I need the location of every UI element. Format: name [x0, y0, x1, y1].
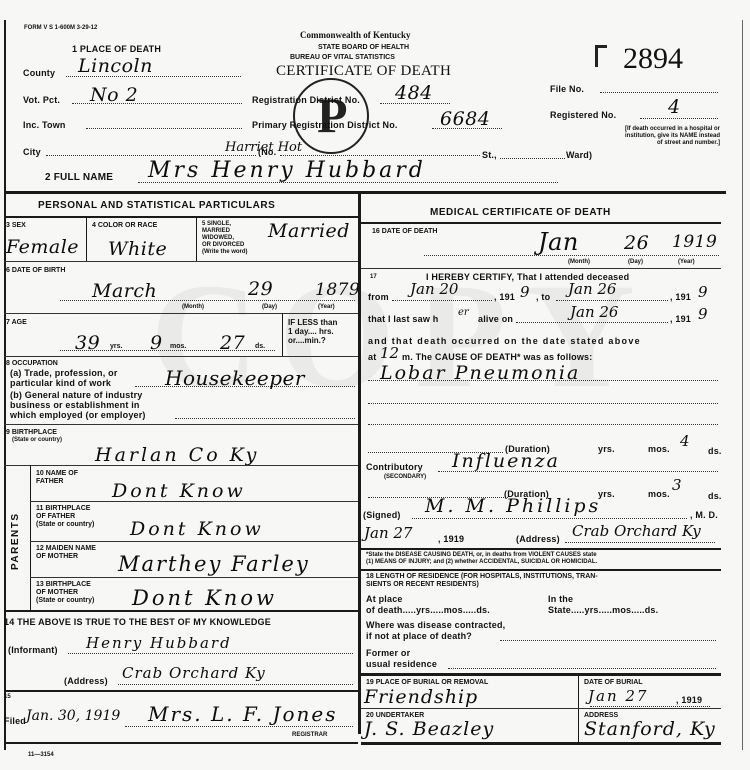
footnote-rule: [361, 548, 721, 550]
personal-section-title: PERSONAL AND STATISTICAL PARTICULARS: [38, 200, 275, 211]
file-number: 2894: [623, 42, 683, 76]
registrar-caption: REGISTRAR: [292, 732, 327, 739]
filed-value: Jan. 30, 1919: [26, 708, 120, 724]
row-rule-8: [30, 577, 358, 578]
place-of-death-label: 1 PLACE OF DEATH: [72, 44, 161, 54]
dob-month: March: [92, 280, 157, 302]
father-name-label: 10 NAME OF FATHER: [36, 470, 78, 486]
death-certificate: COPY FORM V S 1-600M 3-29-12 Commonwealt…: [0, 0, 750, 770]
file-no-label: File No.: [550, 84, 584, 94]
from-label: from: [368, 292, 389, 302]
duration2-ds: ds.: [708, 491, 722, 501]
personal-title-rule: [4, 216, 358, 218]
full-name-value: Mrs Henry Hubbard: [148, 158, 426, 183]
signed-address-label: (Address): [516, 534, 560, 544]
separator-top: [4, 191, 726, 194]
file-corner-mark: [595, 45, 607, 67]
registration-district-value: 484: [395, 82, 433, 104]
secondary-caption: (SECONDARY): [384, 474, 426, 481]
birthplace-value: Harlan Co Ky: [95, 444, 259, 466]
full-name-label: 2 FULL NAME: [45, 172, 113, 183]
dod-day: 26: [624, 232, 649, 254]
age-label: 7 AGE: [6, 319, 27, 327]
mother-birthplace-value: Dont Know: [132, 586, 277, 610]
signed-label: (Signed): [363, 510, 401, 520]
age-ds-caption: ds.: [255, 343, 265, 351]
informant-line: [68, 653, 353, 654]
duration1-mos: mos.: [648, 444, 670, 454]
age-yrs-caption: yrs.: [110, 343, 122, 351]
row-rule-5: [4, 465, 358, 466]
signed-year: , 1919: [438, 534, 464, 544]
race-divider: [196, 216, 197, 261]
occupation-b-line: [175, 418, 355, 419]
informant-value: Henry Hubbard: [86, 634, 232, 652]
primary-registration-label: Primary Registration District No.: [252, 120, 398, 130]
primary-registration-value: 6684: [440, 108, 490, 130]
registration-district-label: Registration District No.: [252, 95, 360, 105]
contracted-label: Where was disease contracted, if not at …: [366, 620, 505, 642]
form-code: FORM V S 1-600M 3-29-12: [24, 25, 97, 32]
cause-text: m. The CAUSE OF DEATH* was as follows:: [402, 352, 592, 362]
in-state-label: In the State.....yrs.....mos.....ds.: [548, 594, 658, 616]
cause-line-2: [368, 403, 718, 404]
dod-day-caption: (Day): [628, 259, 643, 266]
row-rule-6: [30, 501, 358, 502]
at-label: at: [368, 352, 376, 362]
burial-date-label: DATE OF BURIAL: [584, 679, 643, 687]
dob-year-caption: (Year): [318, 304, 335, 311]
dod-year-caption: (Year): [678, 259, 695, 266]
column-divider: [358, 194, 361, 734]
inc-town-label: Inc. Town: [23, 120, 66, 130]
dod-month-caption: (Month): [568, 259, 590, 266]
age-mos-caption: mos.: [170, 343, 186, 351]
marital-label: 5 SINGLE, MARRIED WIDOWED, OR DIVORCED (…: [202, 221, 248, 256]
dod-year: 1919: [672, 232, 717, 252]
md-caption: , M. D.: [690, 510, 718, 520]
signed-value: M. M. Phillips: [425, 495, 601, 517]
duration2-mos: mos.: [648, 489, 670, 499]
medical-section-title: MEDICAL CERTIFICATE OF DEATH: [430, 207, 611, 218]
birthplace-sub: (State or country): [12, 437, 62, 444]
if-less-label: IF LESS than 1 day.... hrs. or....min.?: [288, 318, 337, 345]
row-rule-4: [4, 424, 358, 425]
inc-town-line: [86, 128, 242, 129]
certificate-title: CERTIFICATE OF DEATH: [276, 63, 451, 80]
at-value: 12: [380, 344, 399, 362]
dod-month: Jan: [538, 228, 579, 256]
residence-label: 18 LENGTH OF RESIDENCE (FOR HOSPITALS, I…: [366, 573, 598, 589]
dob-day: 29: [248, 278, 273, 300]
age-days: 27: [220, 332, 245, 354]
alive-on-label: alive on: [478, 314, 513, 324]
st-label: St.,: [482, 150, 497, 160]
father-name-value: Dont Know: [112, 480, 246, 502]
race-value: White: [108, 238, 167, 260]
dob-year: 1879: [315, 280, 360, 300]
residence-rule: [361, 569, 721, 571]
border-right: [742, 20, 743, 750]
burial-date-year: , 1919: [676, 695, 702, 705]
father-birthplace-label: 11 BIRTHPLACE OF FATHER (State or countr…: [36, 505, 94, 529]
county-value: Lincoln: [78, 55, 153, 77]
header-commonwealth: Commonwealth of Kentucky: [300, 30, 411, 40]
to-line: [556, 300, 668, 301]
contracted-line: [500, 640, 716, 641]
border-left: [4, 20, 6, 750]
alive-year-prefix: , 191: [670, 314, 691, 324]
from-line: [392, 300, 492, 301]
to-year-prefix: , 191: [670, 292, 691, 302]
separator-bottom-left: [4, 742, 358, 744]
undertaker-rule: [361, 708, 721, 709]
dob-label: 6 DATE OF BIRTH: [6, 267, 65, 275]
cause-value: Lobar Pneumonia: [380, 362, 580, 384]
from-year-suffix: 9: [520, 283, 530, 301]
contributory-value: Influenza: [452, 450, 560, 472]
street-line: [280, 155, 480, 156]
separator-bottom-right: [361, 742, 721, 745]
ward-line: [500, 158, 565, 159]
row-rule-9: [4, 610, 358, 612]
row-rule-7: [30, 541, 358, 542]
registered-no-line: [640, 118, 718, 119]
burial-divider: [578, 676, 579, 742]
row-rule-2: [4, 313, 358, 314]
filing-number: 15: [4, 694, 11, 701]
birthplace-label: 9 BIRTHPLACE: [6, 429, 57, 437]
to-year-suffix: 9: [698, 283, 708, 301]
cause-line-3: [368, 424, 718, 425]
age-years: 39: [75, 332, 100, 354]
ward-label: Ward): [566, 150, 592, 160]
informant-address-line: [118, 684, 353, 685]
race-label: 4 COLOR OR RACE: [92, 222, 157, 230]
signed-address-line: [565, 542, 715, 543]
sex-value: Female: [6, 236, 79, 258]
signed-address-value: Crab Orchard Ky: [572, 522, 701, 540]
father-birthplace-value: Dont Know: [130, 518, 264, 540]
registrar-line: [125, 726, 353, 727]
footnote: *State the DISEASE CAUSING DEATH, or, in…: [366, 552, 597, 566]
informant-address-value: Crab Orchard Ky: [122, 664, 266, 682]
former-residence-label: Former or usual residence: [366, 648, 437, 670]
from-value: Jan 20: [410, 280, 458, 298]
registered-no-label: Registered No.: [550, 110, 616, 120]
mother-birthplace-label: 13 BIRTHPLACE OF MOTHER (State or countr…: [36, 581, 94, 605]
age-months: 9: [150, 332, 163, 354]
at-place-label: At place of death.....yrs.....mos.....ds…: [366, 594, 490, 616]
to-label: , to: [536, 292, 550, 302]
footer-code: 11—3154: [28, 752, 54, 759]
dob-month-caption: (Month): [182, 304, 204, 311]
row-rule-1: [4, 261, 358, 262]
cert-number: 17: [370, 274, 377, 281]
registration-stamp: P: [293, 78, 369, 154]
occupation-a-label: (a) Trade, profession, or particular kin…: [10, 368, 118, 388]
medical-rule-1: [361, 268, 721, 269]
parents-side-label: PARENTS: [10, 512, 21, 570]
duration1-days: 4: [680, 432, 690, 450]
undertaker-value: J. S. Beazley: [364, 718, 494, 740]
hospital-note: [If death occurred in a hospital or inst…: [625, 126, 720, 147]
registrar-value: Mrs. L. F. Jones: [148, 702, 338, 726]
filed-label: Filed: [4, 716, 26, 726]
vot-pct-label: Vot. Pct.: [23, 95, 60, 105]
city-line: [46, 155, 256, 156]
dob-day-caption: (Day): [262, 304, 277, 311]
burial-date-value: Jan 27: [588, 687, 648, 705]
county-label: County: [23, 68, 55, 78]
file-no-line: [600, 92, 718, 93]
header-bureau: BUREAU OF VITAL STATISTICS: [290, 54, 395, 62]
former-residence-line: [448, 668, 716, 669]
occupation-b-label: (b) General nature of industry business …: [10, 390, 146, 420]
parents-divider: [30, 465, 31, 610]
city-label: City: [23, 147, 41, 157]
dod-label: 16 DATE OF DEATH: [372, 228, 437, 236]
duration2-days: 3: [672, 476, 682, 494]
mother-maiden-label: 12 MAIDEN NAME OF MOTHER: [36, 545, 96, 561]
sex-divider: [86, 216, 87, 261]
occupation-label: 8 OCCUPATION: [6, 360, 58, 368]
medical-title-rule: [361, 222, 721, 224]
alive-on-value: Jan 26: [570, 303, 618, 321]
name-annotation: Harriet Hot: [225, 140, 302, 155]
vot-pct-value: No 2: [90, 84, 138, 106]
last-saw-pronoun: er: [458, 307, 469, 318]
burial-address-value: Stanford, Ky: [584, 718, 716, 740]
burial-date-line: [590, 706, 710, 707]
if-less-divider: [282, 313, 283, 356]
from-year-prefix: , 191: [494, 292, 515, 302]
alive-on-line: [516, 322, 668, 323]
alive-year-suffix: 9: [698, 305, 708, 323]
informant-label: (Informant): [8, 645, 58, 655]
informant-address-label: (Address): [64, 676, 108, 686]
informant-statement: 14 THE ABOVE IS TRUE TO THE BEST OF MY K…: [4, 617, 271, 627]
signed-line: [412, 518, 687, 519]
registered-no-value: 4: [668, 96, 681, 118]
occupation-value: Housekeeper: [165, 366, 305, 390]
mother-maiden-value: Marthey Farley: [118, 552, 310, 576]
contributory-label: Contributory: [366, 462, 423, 472]
duration1-yrs: yrs.: [598, 444, 615, 454]
row-rule-3: [4, 356, 358, 357]
to-value: Jan 26: [568, 280, 616, 298]
signed-date: Jan 27: [364, 524, 412, 542]
header-board: STATE BOARD OF HEALTH: [318, 44, 409, 52]
marital-value: Married: [268, 220, 350, 242]
duration1-ds: ds.: [708, 446, 722, 456]
sex-label: 3 SEX: [6, 222, 26, 230]
burial-rule: [361, 673, 721, 676]
occurred-text: and that death occurred on the date stat…: [368, 336, 641, 346]
row-rule-10: [4, 690, 358, 692]
burial-place-value: Friendship: [364, 686, 478, 708]
last-saw-label: that I last saw h: [368, 314, 438, 324]
